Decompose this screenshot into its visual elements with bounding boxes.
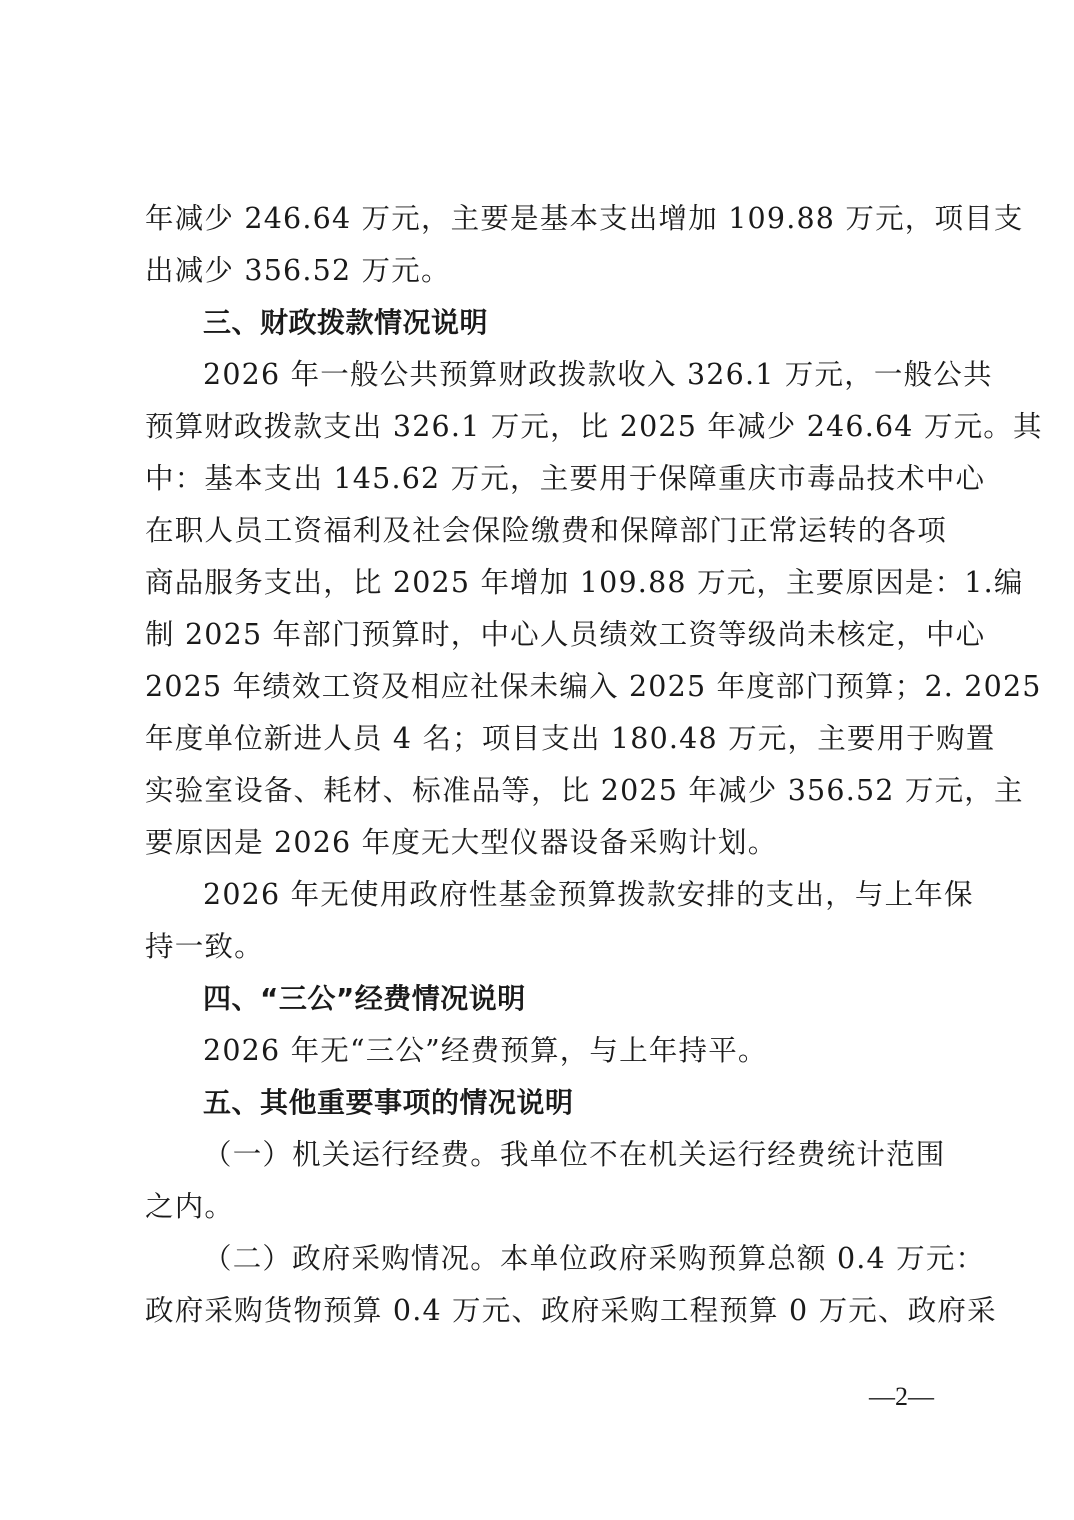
paragraph-line: 之内。 [145, 1181, 935, 1233]
paragraph-line: 在职人员工资福利及社会保险缴费和保障部门正常运转的各项 [145, 505, 935, 557]
paragraph-line: 2026 年无“三公”经费预算，与上年持平。 [203, 1025, 935, 1077]
paragraph-line: 中：基本支出 145.62 万元，主要用于保障重庆市毒品技术中心 [145, 453, 935, 505]
paragraph-line: 制 2025 年部门预算时，中心人员绩效工资等级尚未核定，中心 [145, 609, 935, 661]
paragraph-line: 出减少 356.52 万元。 [145, 245, 935, 297]
paragraph-line: 商品服务支出，比 2025 年增加 109.88 万元，主要原因是：1.编 [145, 557, 935, 609]
paragraph-line: 2025 年绩效工资及相应社保未编入 2025 年度部门预算；2. 2025 [145, 661, 935, 713]
section-heading-4: 四、“三公”经费情况说明 [203, 973, 935, 1025]
paragraph-line: 要原因是 2026 年度无大型仪器设备采购计划。 [145, 817, 935, 869]
section-heading-5: 五、其他重要事项的情况说明 [203, 1077, 935, 1129]
paragraph-line: 持一致。 [145, 921, 935, 973]
paragraph-line: 年减少 246.64 万元，主要是基本支出增加 109.88 万元，项目支 [145, 193, 935, 245]
paragraph-line: （一）机关运行经费。我单位不在机关运行经费统计范围 [203, 1129, 935, 1181]
paragraph-line: 预算财政拨款支出 326.1 万元，比 2025 年减少 246.64 万元。其 [145, 401, 935, 453]
page-number: —2— [869, 1382, 934, 1412]
paragraph-line: （二）政府采购情况。本单位政府采购预算总额 0.4 万元： [203, 1233, 935, 1285]
paragraph-line: 2026 年无使用政府性基金预算拨款安排的支出，与上年保 [203, 869, 935, 921]
paragraph-line: 实验室设备、耗材、标准品等，比 2025 年减少 356.52 万元，主 [145, 765, 935, 817]
paragraph-line: 年度单位新进人员 4 名；项目支出 180.48 万元，主要用于购置 [145, 713, 935, 765]
section-heading-3: 三、财政拨款情况说明 [203, 297, 935, 349]
paragraph-line: 政府采购货物预算 0.4 万元、政府采购工程预算 0 万元、政府采 [145, 1285, 935, 1337]
paragraph-line: 2026 年一般公共预算财政拨款收入 326.1 万元，一般公共 [203, 349, 935, 401]
